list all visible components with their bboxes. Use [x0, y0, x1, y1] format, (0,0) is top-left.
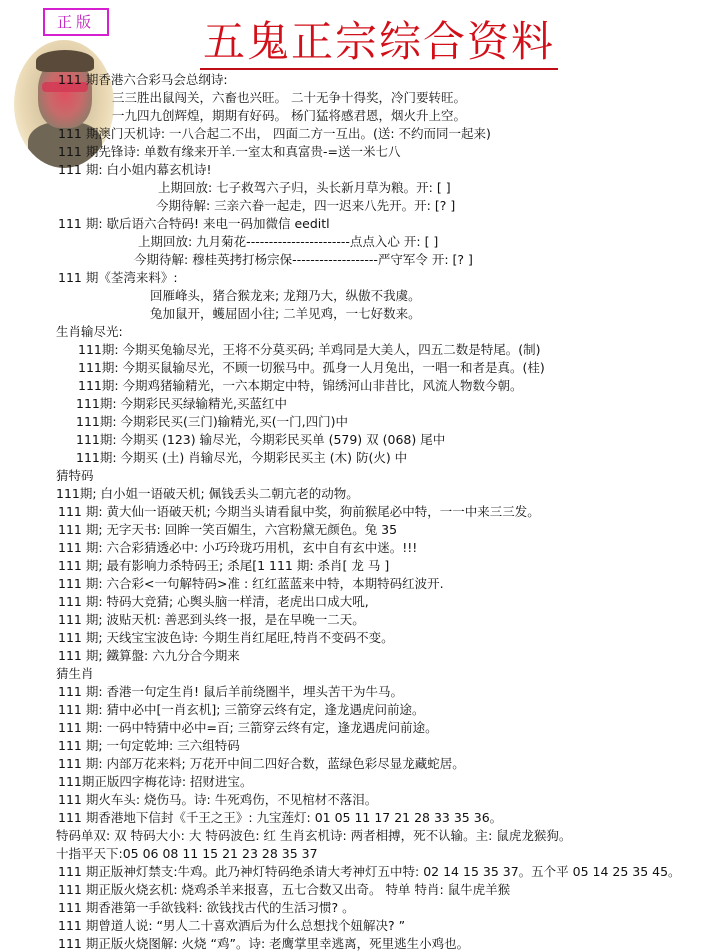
text-line: 111 期香港六合彩马会总纲诗:: [58, 72, 228, 88]
text-line: 三三胜出鼠闯关，六畜也兴旺。 二十无争十得奖，冷门要转旺。: [112, 90, 466, 106]
text-line: 111 期正版火烧玄机: 烧鸡杀羊来报喜，五七合数又出奇。 特单 特肖: 鼠牛虎…: [58, 882, 510, 898]
portrait-hair: [36, 50, 94, 72]
text-line: 111 期: 内部万花来料; 万花开中间二四好合数，蓝绿色彩尽显龙藏蛇居。: [58, 756, 465, 772]
text-line: 111期: 今期买兔输尽光，王将不分莫买码; 羊鸡同是大美人，四五二数是特尾。(…: [78, 342, 540, 358]
text-line: 上期回放: 七子救驾六子归，头长新月草为粮。开: [ ]: [158, 180, 451, 196]
text-line: 111 期正版神灯禁支:牛鸡。此乃神灯特码绝杀请大考神灯五中特: 02 14 1…: [58, 864, 681, 880]
text-line: 111期: 今期彩民买绿输精光,买蓝红中: [76, 396, 287, 412]
text-line: 111 期: 歇后语六合特码! 来电一码加微信 eeditl: [58, 216, 330, 232]
text-line: 111 期: 六合彩<一句解特码>准 : 红红蓝蓝来中特，本期特码红波开.: [58, 576, 444, 592]
text-line: 今期待解: 三亲六眷一起走，四一迟来八先开。开: [? ]: [156, 198, 455, 214]
text-line: 111 期; 最有影响力杀特码王; 杀尾[1 111 期: 杀肖[ 龙 马 ]: [58, 558, 389, 574]
text-line: 生肖输尽光:: [56, 324, 123, 340]
text-line: 特码单双: 双 特码大小: 大 特码波色: 红 生肖玄机诗: 两者相搏，死不认输…: [56, 828, 571, 844]
text-line: 111 期: 香港一句定生肖! 鼠后羊前绕圈半，埋头苦干为牛马。: [58, 684, 403, 700]
text-line: 111 期: 白小姐内幕玄机诗!: [58, 162, 212, 178]
text-line: 111 期曾道人说: “男人二十喜欢酒后为什么总想找个妞解决? ”: [58, 918, 405, 934]
text-line: 111期: 今期买鼠输尽光，不顾一切猴马中。孤身一人月兔出，一唱一和者是真。(桂…: [78, 360, 545, 376]
page-title: 五鬼正宗综合资料: [200, 18, 558, 70]
text-line: 111期正版四字梅花诗: 招财进宝。: [58, 774, 253, 790]
text-line: 111 期《荃湾来料》:: [58, 270, 178, 286]
text-line: 111 期; 天线宝宝波色诗: 今期生肖红尾旺,特肖不变码不变。: [58, 630, 394, 646]
text-line: 111 期: 黄大仙一语破天机; 今期当头请看鼠中奖，狗前猴尾必中特，一一中来三…: [58, 504, 540, 520]
text-line: 猜生肖: [56, 666, 94, 682]
text-line: 猜特码: [56, 468, 94, 484]
text-line: 十指平天下:05 06 08 11 15 21 23 28 35 37: [56, 846, 318, 862]
text-line: 111 期正版火烧图解: 火烧 “鸡”。诗: 老鹰掌里幸逃离，死里逃生小鸡也。: [58, 936, 469, 952]
text-line: 111 期火车头: 烧伤马。诗: 牛死鸡伤，不见棺材不落泪。: [58, 792, 377, 808]
text-line: 回雁峰头，猪合猴龙来; 龙翔乃大，纵傲不我虞。: [150, 288, 421, 304]
text-line: 111 期香港地下信封《千王之王》: 九宝莲灯: 01 05 11 17 21 …: [58, 810, 502, 826]
text-line: 111 期: 六合彩猜透必中: 小巧玲珑巧用机，玄中自有玄中迷。!!!: [58, 540, 417, 556]
text-line: 111 期; 无字天书: 回眸一笑百媚生，六宫粉黛无颜色。兔 35: [58, 522, 397, 538]
text-line: 111 期; 波贴天机: 善恶到头终一报，是在早晚一二天。: [58, 612, 365, 628]
text-line: 111 期先锋诗: 单数有缘来开羊.一室太和真富贵-=送一米七八: [58, 144, 400, 160]
text-line: 111期: 今期买 (土) 肖输尽光，今期彩民买主 (木) 防(火) 中: [76, 450, 407, 466]
text-line: 111 期: 一码中特猜中必中=百; 三箭穿云终有定，逢龙遇虎问前途。: [58, 720, 438, 736]
authentic-badge: 正版: [43, 8, 109, 36]
text-line: 111 期; 一句定乾坤: 三六组特码: [58, 738, 240, 754]
text-line: 111 期: 猜中必中[一肖玄机]; 三箭穿云终有定，逢龙遇虎问前途。: [58, 702, 424, 718]
text-line: 111 期; 鐵算盤: 六九分合今期来: [58, 648, 240, 664]
text-line: 111期: 今期鸡猪输精光，一六本期定中特，锦绣河山非昔比，风流人物数今朝。: [78, 378, 523, 394]
text-line: 111期: 今期买 (123) 输尽光，今期彩民买单 (579) 双 (068)…: [76, 432, 445, 448]
text-line: 今期待解: 穆桂英拷打杨宗保-------------------严守军令 开:…: [134, 252, 473, 268]
text-line: 111期; 白小姐一语破天机; 佩钱丢头二朝亢老的动物。: [56, 486, 359, 502]
text-line: 111期: 今期彩民买(三门)输精光,买(一门,四门)中: [76, 414, 348, 430]
text-line: 111 期澳门天机诗: 一八合起二不出， 四面二方一互出。(送: 不约而同一起来…: [58, 126, 491, 142]
text-line: 111 期香港第一手欲钱料: 欲钱找古代的生活习惯? 。: [58, 900, 355, 916]
text-line: 兔加鼠开，蠖屈固小往; 二羊见鸡，一七好数来。: [150, 306, 421, 322]
text-line: 111 期: 特码大竞猜; 心舆头脑一样清，老虎出口成大吼,: [58, 594, 369, 610]
text-line: 一九四九创辉煌，期期有好码。 杨门猛将感君恩，烟火升上空。: [112, 108, 466, 124]
text-line: 上期回放: 九月菊花-----------------------点点入心 开:…: [138, 234, 438, 250]
